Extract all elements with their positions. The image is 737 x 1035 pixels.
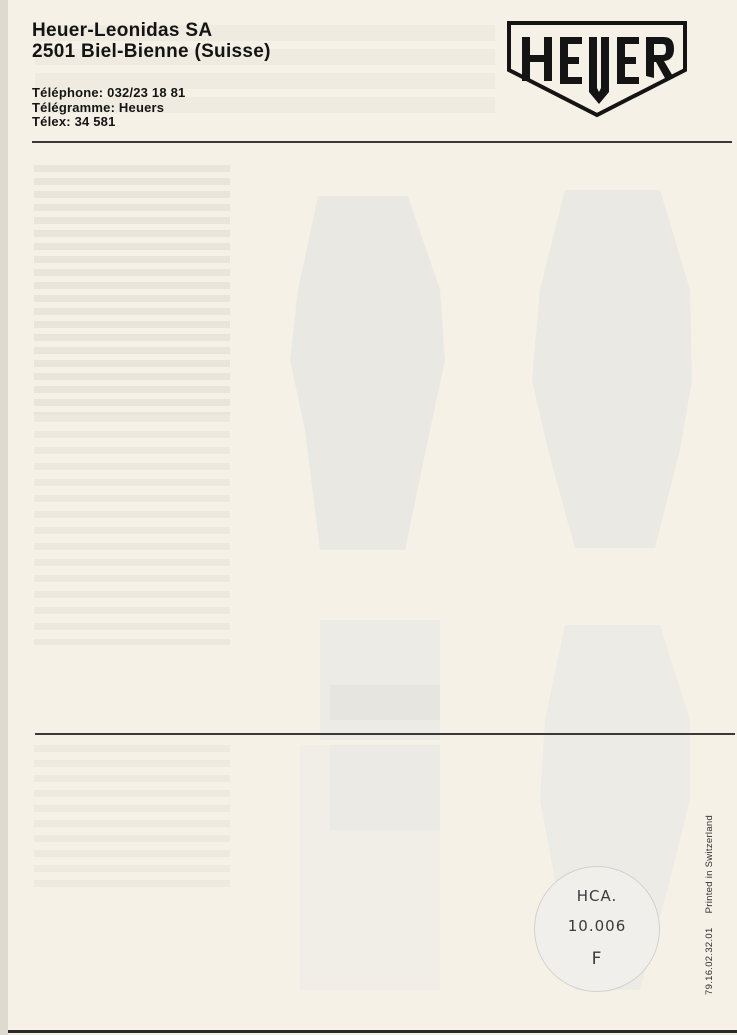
telex: Télex: 34 581 (32, 115, 185, 130)
heuer-logo-icon (506, 20, 688, 118)
sticker-line: 10.006 (535, 917, 659, 935)
section-divider (35, 733, 735, 735)
sticker-line: HCA. (535, 887, 659, 905)
company-block: Heuer-Leonidas SA 2501 Biel-Bienne (Suis… (32, 20, 271, 62)
print-info: 79.16.02.32.01Printed in Switzerland (704, 815, 715, 995)
sticker-line: F (535, 949, 659, 969)
print-code: 79.16.02.32.01 (704, 927, 715, 995)
telephone: Téléphone: 032/23 18 81 (32, 86, 185, 101)
printed-in: Printed in Switzerland (704, 815, 715, 913)
archive-sticker: HCA. 10.006 F (534, 866, 660, 992)
header-divider (32, 141, 732, 143)
company-address: 2501 Biel-Bienne (Suisse) (32, 41, 271, 62)
contact-block: Téléphone: 032/23 18 81 Télégramme: Heue… (32, 86, 185, 130)
company-name: Heuer-Leonidas SA (32, 20, 271, 41)
telegram: Télégramme: Heuers (32, 101, 185, 116)
